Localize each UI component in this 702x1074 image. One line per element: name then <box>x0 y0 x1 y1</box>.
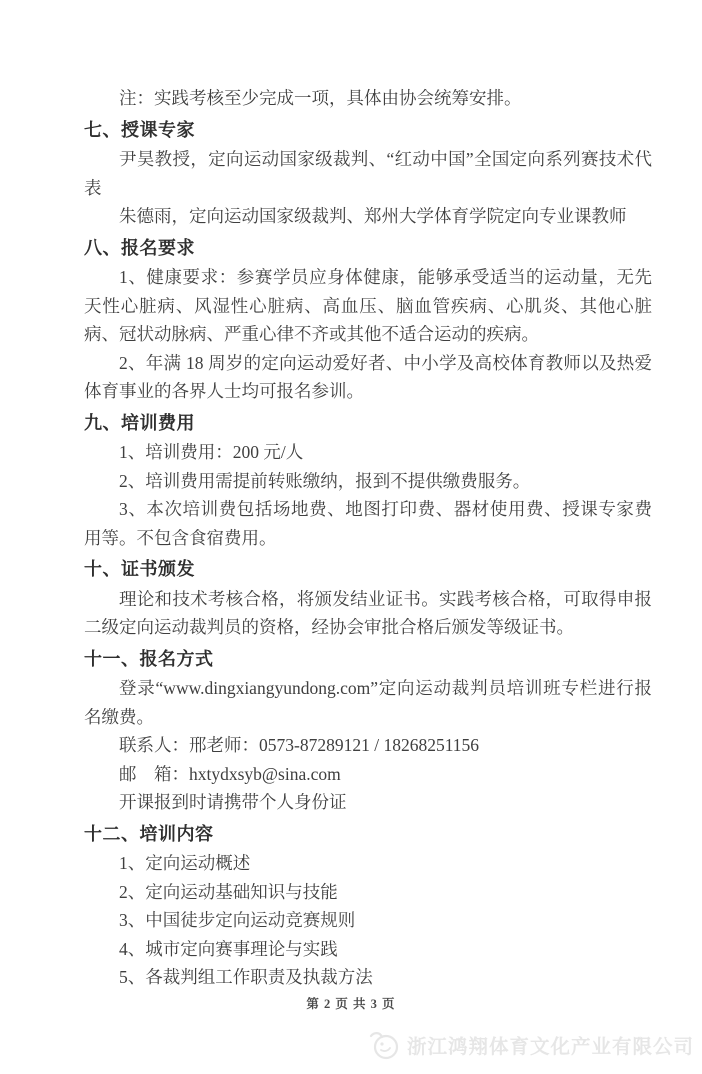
contact-line: 联系人：邢老师：0573-87289121 / 18268251156 <box>84 731 652 760</box>
content-item-4: 4、城市定向赛事理论与实践 <box>84 935 652 964</box>
content-item-3: 3、中国徒步定向运动竞赛规则 <box>84 906 652 935</box>
fee-item-2: 2、培训费用需提前转账缴纳，报到不提供缴费服务。 <box>84 467 652 496</box>
page-number-footer: 第 2 页 共 3 页 <box>0 994 702 1012</box>
section-heading-fees: 九、培训费用 <box>84 409 652 438</box>
fee-item-3: 3、本次培训费包括场地费、地图打印费、器材使用费、授课专家费用等。不包含食宿费用… <box>84 495 652 552</box>
content-item-5: 5、各裁判组工作职责及执裁方法 <box>84 963 652 992</box>
section-heading-content: 十二、培训内容 <box>84 820 652 849</box>
section-heading-certificates: 十、证书颁发 <box>84 555 652 584</box>
section-heading-requirements: 八、报名要求 <box>84 234 652 263</box>
section-heading-experts: 七、授课专家 <box>84 116 652 145</box>
email-line: 邮 箱：hxtydxsyb@sina.com <box>84 760 652 789</box>
document-body: 注：实践考核至少完成一项，具体由协会统筹安排。 七、授课专家 尹昊教授，定向运动… <box>84 84 652 992</box>
content-item-2: 2、定向运动基础知识与技能 <box>84 878 652 907</box>
expert-paragraph-1: 尹昊教授，定向运动国家级裁判、“红动中国”全国定向系列赛技术代表 <box>84 145 652 202</box>
registration-paragraph: 登录“www.dingxiangyundong.com”定向运动裁判员培训班专栏… <box>84 674 652 731</box>
company-name-watermark-text: 浙江鸿翔体育文化产业有限公司 <box>407 1031 694 1059</box>
certificate-paragraph: 理论和技术考核合格，将颁发结业证书。实践考核合格，可取得申报二级定向运动裁判员的… <box>84 585 652 642</box>
content-item-1: 1、定向运动概述 <box>84 849 652 878</box>
expert-paragraph-2: 朱德雨，定向运动国家级裁判、郑州大学体育学院定向专业课教师 <box>84 202 652 231</box>
company-watermark: 浙江鸿翔体育文化产业有限公司 <box>367 1028 694 1062</box>
company-logo-icon <box>367 1028 401 1062</box>
checkin-note-line: 开课报到时请携带个人身份证 <box>84 788 652 817</box>
requirement-item-1: 1、健康要求：参赛学员应身体健康，能够承受适当的运动量，无先天性心脏病、风湿性心… <box>84 263 652 349</box>
fee-item-1: 1、培训费用：200 元/人 <box>84 438 652 467</box>
requirement-item-2: 2、年满 18 周岁的定向运动爱好者、中小学及高校体育教师以及热爱体育事业的各界… <box>84 349 652 406</box>
section-heading-registration: 十一、报名方式 <box>84 645 652 674</box>
note-line: 注：实践考核至少完成一项，具体由协会统筹安排。 <box>84 84 652 113</box>
